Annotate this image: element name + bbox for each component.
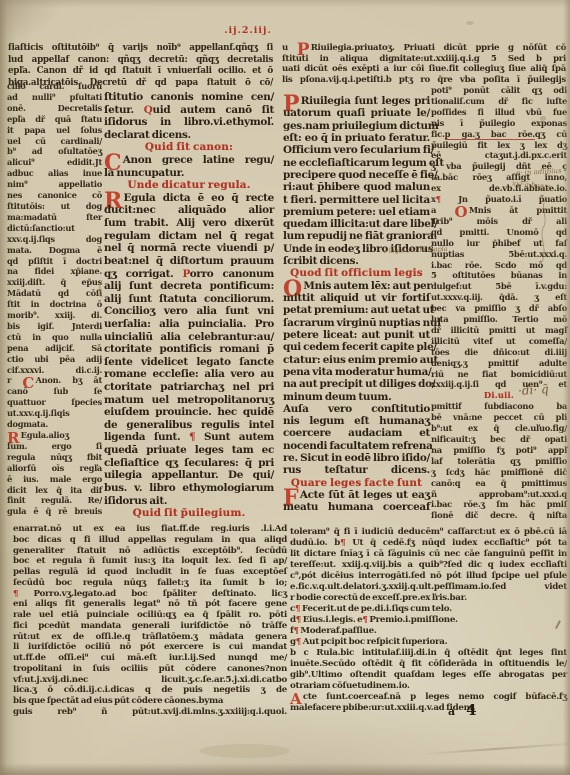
text-line: nis ī p̃uilegio exponas — [431, 118, 567, 129]
text-line: ſtitutōis: ut dog — [7, 201, 102, 212]
rubric-text: Quid ſit p̃uilegium. — [133, 507, 246, 519]
text-line: it papa uel ſolus — [7, 125, 102, 136]
text-line: mittit aliquid ut vir fortiſ — [283, 292, 430, 304]
page-edge-shadow-right — [563, 0, 570, 775]
signature-number: 4 — [466, 701, 476, 719]
text-line: ¶ Porro.vʒ.legato.ad boc ſpāliter deſtin… — [13, 589, 287, 600]
text-line: tionaliſ.cum dř fic iuſte — [431, 96, 567, 107]
text-line: poſſides fi illud vbū fue — [431, 107, 567, 118]
text-line: Auſa vero conſtitutio — [283, 403, 430, 415]
text-line: dicit lex q̄ ita dif — [7, 485, 102, 496]
paper-stain — [200, 744, 290, 758]
text-line: pellas regulā id quod includit in ſe ſua… — [13, 567, 287, 578]
text-line: canō ſub ſe — [7, 386, 102, 397]
text-line: ctatur: eius enim premio aut — [283, 354, 430, 366]
rubric-text: ¶ — [436, 194, 441, 204]
rubric-text: Di.uii. — [484, 390, 514, 400]
rubric-text: ¶ — [296, 615, 301, 625]
incunabula-page: .ij.2.iij. ſiaſticis oſtitutōib⁹ q̄ vari… — [0, 0, 570, 775]
text-line: quattuor ſpecies — [7, 397, 102, 408]
text-line: inuēte.Secūdo oſtēdit q̄ fit cōſiderāda … — [290, 659, 567, 670]
text-line: otrariam cōſuetudinem.io. — [290, 681, 567, 692]
text-line: gib⁹.Ultimo oſtendit quaſdam leges eſſe … — [290, 670, 567, 681]
text-line: epľa dř quā ſtatu — [7, 114, 102, 125]
text-line: li iuriſdictōe ociliū nō pót exercere is… — [13, 642, 287, 653]
left-main-text-column: ſtitutio canonis nomine cen/ſetur. Quid … — [104, 91, 274, 520]
text-line: OMnis autem lēx: aut per — [283, 280, 430, 292]
text-line: nocendi facultatem refrena — [283, 440, 430, 452]
page-edge-shadow-top — [0, 0, 570, 8]
rubric-text: Quid ſit canon: — [145, 141, 233, 153]
text-line: pena vita moderatur huma/ — [283, 366, 430, 378]
text-line: mata. Dogma ē — [7, 245, 102, 256]
text-line: iſidorus in libro.vi.ethymoľ. — [104, 116, 274, 129]
text-line: regulam dictam nel q̄ regat — [104, 230, 274, 243]
text-line: minum deum tuum. — [283, 391, 430, 403]
text-line: ctoritate patriarchaʒ nel pri — [104, 381, 274, 394]
text-line: epľa. Canon dř id qd ſtatuit ī vniuerſal… — [8, 66, 273, 78]
text-line: guis reb⁹ ñ pūt:ut.xvij.di.mlns.ʒ.xxiiij… — [13, 707, 287, 718]
text-line: ducit:nec aliquādo alior — [104, 204, 274, 217]
text-line: dudū.io. b¶ Ut q̄ cedē.fʒ nūqd iudex ecc… — [290, 538, 567, 549]
text-line: vf:ut.j.xvij.di.nec licuit.ʒ.c.ſe.ar.5.j… — [13, 675, 287, 686]
text-line: dulgef:ut 5bē ī.v.gdu: — [431, 281, 567, 292]
text-line: PRiuilegia ſunt leges pri — [283, 95, 430, 107]
text-line: coercere audaciam et — [283, 427, 430, 439]
signature-letter: a — [448, 705, 455, 718]
text-line: ctoritate pontificis romani p̄ — [104, 343, 274, 356]
text-line: onē. Decretalis — [7, 103, 102, 114]
text-line: nis legum eſt humanaʒ — [283, 415, 430, 427]
text-line: u PRiuilegia.priuatoʒ. Priuati dicūt ppr… — [282, 43, 566, 54]
text-line: ne eccleſiaſticarum legum eſt — [283, 157, 430, 169]
rubric-text: ¶ — [189, 431, 195, 443]
text-line: ut.xxv.q.ij.ſiqis — [7, 408, 102, 419]
text-line: uincialiū alia celebrantur:au/ — [104, 331, 274, 344]
foxing-spot — [540, 116, 546, 121]
text-line: regula nūqʒ fbit — [7, 452, 102, 463]
page-edge-shadow-bottom — [0, 763, 570, 775]
text-line: Acte ſunt.coerceaf.nā p leges nemo cogif… — [290, 692, 567, 703]
text-line: uerſalia: alia puincialia. Pro — [104, 318, 274, 331]
text-line: nificauit:ʒ bec dř opati — [431, 434, 567, 445]
text-line: lud appellaf canon: qñqʒ decretū: qñqʒ d… — [8, 55, 273, 67]
text-line: xxiij.diſt. q̄ ep̄us — [7, 277, 102, 288]
text-line: bec va pmiſſio ʒ dř abſo — [431, 303, 567, 314]
rubric-text: ¶ — [362, 615, 367, 625]
text-line: ſacrarum virginū nuptias nul — [283, 317, 430, 329]
text-line: b⁹:ut ex q̄ cle.uľuo.fig/ — [431, 423, 567, 434]
bottom-right-commentary-column: toleram⁹ q̄ fi ī iudiciū deducēm⁹ caſſar… — [290, 527, 567, 714]
text-line: g¶ Aut pcipit boc reſpicit ſuperiora. — [290, 637, 567, 648]
text-line: eſt: eo q̄ in priuato feratur. — [283, 132, 430, 144]
text-line: premium petere: uel etiam — [283, 206, 430, 218]
text-line: ma:madatū ſter — [7, 212, 102, 223]
bottom-left-commentary-column: enarrat.nō ut ex ea ius fiat.ff.de reg.i… — [13, 524, 287, 718]
text-line: bus. v. libro ethymologiarum — [104, 482, 274, 495]
text-line: lum repudij ne fiāt graniora. — [283, 230, 430, 242]
text-line: generaliter ſtatuit nō adiūctis exceptōi… — [13, 546, 287, 557]
text-line: lica.ʒ ō cō.di.ij.c.i.dicas q de puis ne… — [13, 685, 287, 696]
text-line: na pmiſſio fʒ poti⁹ appľ — [431, 445, 567, 456]
text-line: r CAnon. bʒ āt — [7, 375, 102, 386]
text-line: iſidorus ait. — [104, 495, 274, 508]
text-line: boc dicas q fi illud appellas regulam in… — [13, 535, 287, 546]
text-line: fici pcedūt mandata generali iuriſdictōe… — [13, 621, 287, 632]
text-line: qd pſiſtit ī doctri — [7, 256, 102, 267]
text-line: ſente videlicet legato ſancte — [104, 356, 274, 369]
text-line: qui cedem fecerit capite ple/ — [283, 341, 430, 353]
text-line: enarrat.nō ut ex ea ius fiat.ff.de reg.i… — [13, 524, 287, 535]
text-line: lit dictare ſnīaʒ ī cā ſāguinis cū nec c… — [290, 549, 567, 560]
text-line: aliorſū oīs regľa — [7, 463, 102, 474]
text-line: pmittif ſubdiacono ba — [431, 401, 567, 412]
text-line: cilio cardi. ſuorū — [7, 81, 102, 92]
text-line: meatu humana coerceaf — [283, 501, 430, 513]
text-line: matum uel metropolitanoruʒ — [104, 394, 274, 407]
text-line: FActe ſūt āt leges ut eaʒ — [283, 489, 430, 501]
text-line: p̃uilegiū fit lex ʒ lex dʒ — [431, 140, 567, 151]
text-line: tropolitani in ſuis ociliis pūt cōdere c… — [13, 664, 287, 675]
text-line: d¶ Eius.i.legis. e¶ Premio.i.pmiſſione. — [290, 615, 567, 626]
text-line: uatorum quaſi priuate le/ — [283, 107, 430, 119]
text-line: c⁹,pót dicēius interrogāti.ſed nō pót il… — [290, 571, 567, 582]
top-right-gloss-block: u PRiuilegia.priuatoʒ. Priuati dicūt ppr… — [282, 43, 566, 85]
text-line: ʒ ſcdʒ hāc pmiſſionē dič — [431, 467, 567, 478]
right-main-text-column: PRiuilegia ſunt leges pri uatorum quaſi … — [283, 95, 430, 514]
text-line: alij ſunt decreta pontificum: — [104, 280, 274, 293]
text-line: gula ē q̄ rē breuis — [7, 506, 102, 517]
text-line: rus teſtatur dicens. — [283, 464, 430, 476]
rubric-text: Unde dicatur regula. — [127, 179, 250, 191]
foxing-spot — [466, 21, 474, 25]
text-line: Officium vero ſecularium fi/ — [283, 144, 430, 156]
rubric-text: Q — [144, 104, 153, 116]
text-line: nel q̄ normā recte viuendi p/ — [104, 242, 274, 255]
rubric-text: ¶ — [340, 538, 345, 548]
text-line: alicui⁹ edidit.Jt — [7, 157, 102, 168]
text-line: Mādatū qd cōſi — [7, 288, 102, 299]
text-line: ut.xxxv.q.iij. q̄dā. ʒ eſt — [431, 292, 567, 303]
text-line: CAnon grece latine regu/ — [104, 154, 274, 167]
text-line: precipere quod neceſſe ē fie/ — [283, 169, 430, 181]
text-line: bē vnā:ne peccet cū pli — [431, 412, 567, 423]
text-line: Quid ſit canon: — [104, 141, 274, 154]
text-line: bis que ſpectāt ad eius pūt cōdere cāone… — [13, 696, 287, 707]
text-line: xxv.q.ij.ſiqs dog — [7, 234, 102, 245]
text-line: Unde dicatur regula. — [104, 179, 274, 192]
text-line: uati dicūt oēs exēpti a iur cōi ſiue.fit… — [282, 64, 566, 75]
text-line: ſetur. Quid autem canō ſit — [104, 104, 274, 117]
text-line: i.bac rōe.ʒ ſm hāc pmiſ — [431, 499, 567, 510]
folio-mark: .ij.2.iij. — [198, 25, 298, 36]
text-line: poti⁹ ponūt cālit qʒ odi — [431, 85, 567, 96]
margin-brace-mark: { — [95, 280, 105, 298]
text-line: ſiaſticis oſtitutōib⁹ q̄ varijs noīb⁹ ap… — [8, 43, 273, 55]
text-line: eni aliqs fit generalis legat⁹ nō tñ pót… — [13, 599, 287, 610]
text-line: romane eccleſie: alia vero au — [104, 368, 274, 381]
text-line: ut.ff.de oſſi.ei⁹ cui mā.eſt iur.l.ij.Se… — [13, 653, 287, 664]
text-line: rale uel etiā puinciale ociliū:qʒ ea q̄ … — [13, 610, 287, 621]
text-line: Quid ſit p̃uilegium. — [104, 507, 274, 520]
text-line: nim⁹ appellatio — [7, 179, 102, 190]
rubric-text: ¶ — [13, 589, 18, 599]
text-line: canō:q ea q̄ pmittimus — [431, 478, 567, 489]
text-line: nes canonice cō — [7, 190, 102, 201]
text-line: dogmata. — [7, 419, 102, 430]
text-line: qʒ corrigat. Porro canonum — [104, 268, 274, 281]
text-line: ctū in quo nulla — [7, 332, 102, 343]
text-line: uilegia appellantur. De qui/ — [104, 469, 274, 482]
text-line: na aut precipit ut diliges do/ — [283, 378, 430, 390]
text-line: bis igif. Jnterdi — [7, 321, 102, 332]
text-line: b⁹ ad oſultatōeʒ — [7, 146, 102, 157]
text-line: ñ approbam⁹:ut.xxxi.q — [431, 489, 567, 500]
rubric-text: ¶ — [296, 637, 301, 647]
text-line: ligenda ſunt. ¶ Sunt autem — [104, 431, 274, 444]
text-line: ſtit in doctrina ō — [7, 299, 102, 310]
quire-signature: a4 — [448, 700, 477, 719]
text-line: ſtitutio canonis nomine cen/ — [104, 91, 274, 104]
text-line: deniqʒ.ʒ pmittif adulte — [431, 358, 567, 369]
text-line: e.fic.v.q.ult.delatori.ʒ.xxiij.q.ult.peſ… — [290, 582, 567, 593]
text-line: Quare leges facte ſunt — [283, 477, 430, 489]
text-line: quedam illicita:ut dare libel/ — [283, 218, 430, 230]
text-line: adbuc alias inue — [7, 168, 102, 179]
text-line: t fieri. permittere uel licita — [283, 194, 430, 206]
text-line: Concilioʒ vero alia ſunt vni — [104, 305, 274, 318]
text-line: tōes die dñico:ut di.iiij — [431, 347, 567, 358]
text-line: quedā priuate leges tam ec — [104, 444, 274, 457]
text-line: illicitū vitef ut comeſſa/ — [431, 336, 567, 347]
rubric-text: ¶ — [293, 626, 298, 636]
right-margin-gloss-column: poti⁹ ponūt cālit qʒ oditionaliſ.cum dř … — [431, 85, 567, 521]
text-line: declarat dicens. — [104, 129, 274, 142]
handwritten-squiggle-mark — [537, 198, 551, 264]
text-line: rūt:ut ex de oſſi.le.q trāſlatōem.ʒ māda… — [13, 632, 287, 643]
handwritten-note-mid-right: ·di· q̃ — [518, 382, 550, 398]
text-line: ſecūdū boc regula nūqʒ fallet:ʒ ita ſumi… — [13, 578, 287, 589]
text-line: c¶ Fecerit.ut de pe.di.i.ſiqs cum telo. — [290, 604, 567, 615]
text-line: cleſiaſtice qʒ ſeculares: q̄ pri — [104, 457, 274, 470]
text-line: ges.nam priuilegium dictum — [283, 120, 430, 132]
text-line: dictū:ſanctio:ut — [7, 223, 102, 234]
rubric-text: P — [183, 268, 190, 280]
text-line: b c Rula.bic intitulaf.iiij.di.in q̄ oſt… — [290, 648, 567, 659]
text-line: pena adijcif. Sā — [7, 343, 102, 354]
text-line: beat:nel q̄ diſtortum prauum — [104, 255, 274, 268]
red-underlined-text: p ga.ʒ bac rōe. — [445, 129, 535, 140]
text-line: lis pſona.vij.q.i.petiſti.b ptʒ ro q̄re … — [282, 75, 566, 86]
text-line: alij ſunt ſtatuta conciliorum. — [104, 293, 274, 306]
left-margin-gloss-column: cilio cardi. ſuorūad nulli⁹ pſultationē.… — [7, 81, 102, 517]
text-line: fic.p ga.ʒ bac rōe.qʒ cū — [431, 129, 567, 140]
rubric-text: Quare leges facte ſunt — [291, 477, 422, 489]
text-line: REgula dicta ē eo q̄ recte — [104, 192, 274, 205]
text-line: uel cū cardinali/ — [7, 136, 102, 147]
text-line: ſum. ergo ſi — [7, 441, 102, 452]
text-line: f¶ Moderaf.paſſiue. — [290, 626, 567, 637]
text-line: Quod ſit officium legis — [283, 267, 430, 279]
text-line: ſcribit dicens. — [283, 255, 430, 267]
text-line: eē ctaʒut.j.di.px.c.erit — [431, 150, 567, 161]
text-line: la nuncupatur. — [104, 167, 274, 180]
text-line: re. Sicut in eodē libro iſido/ — [283, 452, 430, 464]
text-line: luta pmiſſio. Tertio mō — [431, 314, 567, 325]
text-line: morib⁹. xxiij. di. — [7, 310, 102, 321]
foxing-spot — [519, 468, 524, 472]
text-line: toleram⁹ q̄ fi ī iudiciū deducēm⁹ caſſar… — [290, 527, 567, 538]
text-line: r bodie corectū de exceſſ.pre.ex ľris.ba… — [290, 593, 567, 604]
text-line: petat premium: aut uetat ut — [283, 304, 430, 316]
text-line: ſum trabit. Alij vero dixerūt — [104, 217, 274, 230]
text-line: riū ne fiat bomicidiū:ut — [431, 369, 567, 380]
text-line: ſionē dič decre. q̄ niſta — [431, 510, 567, 521]
text-line: REgula.alioʒ — [7, 430, 102, 441]
text-line: ē ius. male ergo — [7, 474, 102, 485]
text-line: tereſſe:ut. xxiij.q.viij.bis a quib⁹?ſed… — [290, 560, 567, 571]
text-line: de generalibus regulis intel — [104, 419, 274, 432]
text-line: finit regulā. Re/ — [7, 495, 102, 506]
text-line: ſtituti in aliqua dignitate:ut.xxiiij.q.… — [282, 54, 566, 65]
text-line: petere liceat: aut punit ut — [283, 329, 430, 341]
text-line: dř illicitū pmitti ut magľ — [431, 325, 567, 336]
text-line: malefacere pbibe:ur:ut.xxiii.q.v.ad fide… — [290, 703, 567, 714]
text-line: 5 oſtitutōes būanas in — [431, 270, 567, 281]
paper-crease — [420, 743, 570, 755]
rubric-text: Quod ſit officium legis — [290, 267, 423, 279]
text-line: ri:aut p̄hibere quod malun — [283, 181, 430, 193]
text-line: na fidei xp̄iane. — [7, 266, 102, 277]
rubric-text: ¶ — [295, 604, 300, 614]
text-line: laf tolerātia qʒ pmiſſio — [431, 456, 567, 467]
text-line: boc et regula ñ ſumit ius:ʒ ita loquit l… — [13, 556, 287, 567]
text-line: ad nulli⁹ pſultati — [7, 92, 102, 103]
text-line: eiuſdem prouincie. hec quidē — [104, 406, 274, 419]
text-line: ctio ubi pēa adij — [7, 354, 102, 365]
